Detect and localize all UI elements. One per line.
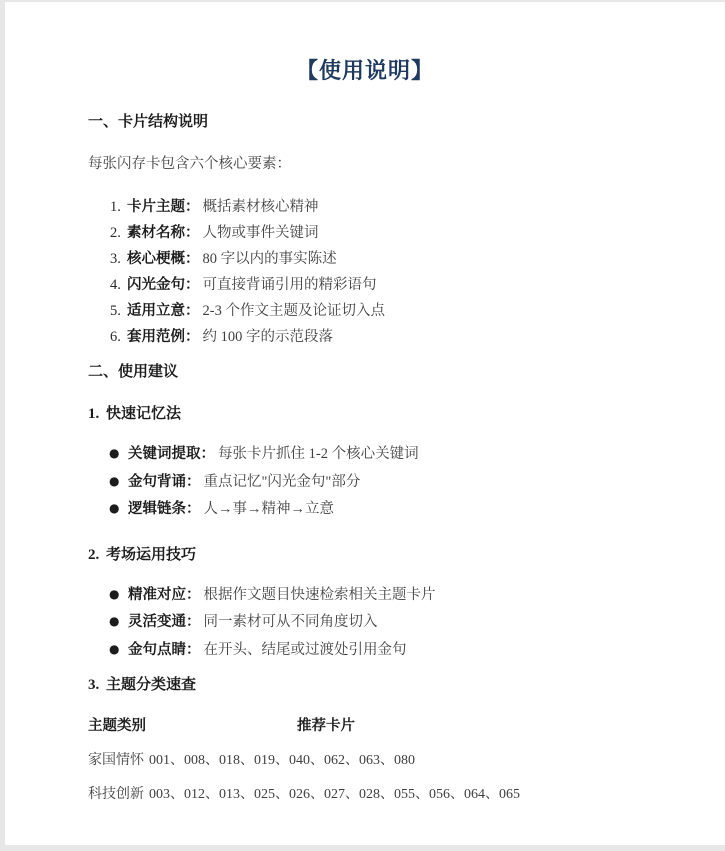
sub-heading-exam-techniques: 2.考场运用技巧 bbox=[88, 545, 685, 565]
list-item-label: 套用范例： bbox=[127, 329, 200, 345]
sub-heading-quick-memory: 1.快速记忆法 bbox=[88, 404, 685, 424]
list-item-label: 卡片主题： bbox=[127, 199, 200, 215]
topic-lookup-table: 主题类别推荐卡片 家国情怀001、008、018、019、040、062、063… bbox=[88, 715, 685, 805]
list-item-number: 6. bbox=[110, 324, 127, 350]
list-item-text: 2-3 个作文主题及论证切入点 bbox=[203, 303, 385, 319]
list-item: 1.卡片主题：概括素材核心精神 bbox=[88, 194, 685, 220]
table-header-category: 主题类别 bbox=[88, 715, 297, 737]
bullet-label: 逻辑链条： bbox=[128, 501, 201, 517]
document-page: 【使用说明】 一、卡片结构说明 每张闪存卡包含六个核心要素： 1.卡片主题：概括… bbox=[5, 2, 725, 845]
list-item-number: 5. bbox=[110, 298, 127, 324]
bullet-text: 人→事→精神→立意 bbox=[204, 501, 335, 517]
list-item-label: 素材名称： bbox=[127, 225, 200, 241]
table-row: 科技创新003、012、013、025、026、027、028、055、056、… bbox=[88, 785, 685, 805]
table-header-cards: 推荐卡片 bbox=[297, 718, 355, 734]
bullet-text: 同一素材可从不同角度切入 bbox=[204, 614, 378, 630]
bullet-item: ●逻辑链条：人→事→精神→立意 bbox=[88, 495, 685, 523]
list-item-text: 概括素材核心精神 bbox=[203, 199, 319, 215]
bullet-icon: ● bbox=[109, 440, 128, 467]
list-item-label: 闪光金句： bbox=[127, 277, 200, 293]
bullet-label: 灵活变通： bbox=[128, 614, 201, 630]
section-heading-card-structure: 一、卡片结构说明 bbox=[88, 112, 685, 132]
bullet-label: 关键词提取： bbox=[128, 446, 215, 462]
table-row: 家国情怀001、008、018、019、040、062、063、080 bbox=[88, 751, 685, 771]
bullet-text: 重点记忆"闪光金句"部分 bbox=[204, 474, 361, 490]
bullet-item: ●灵活变通：同一素材可从不同角度切入 bbox=[88, 608, 685, 636]
list-item-text: 约 100 字的示范段落 bbox=[203, 329, 334, 345]
bullet-item: ●精准对应：根据作文题目快速检索相关主题卡片 bbox=[88, 581, 685, 609]
card-elements-list: 1.卡片主题：概括素材核心精神 2.素材名称：人物或事件关键词 3.核心梗概：8… bbox=[88, 194, 685, 350]
section-1-intro: 每张闪存卡包含六个核心要素： bbox=[88, 154, 685, 174]
bullet-text: 在开头、结尾或过渡处引用金句 bbox=[204, 642, 407, 658]
bullet-item: ●金句点睛：在开头、结尾或过渡处引用金句 bbox=[88, 636, 685, 664]
list-item-text: 人物或事件关键词 bbox=[203, 225, 319, 241]
sub-heading-number: 3. bbox=[88, 675, 106, 695]
list-item-number: 2. bbox=[110, 220, 127, 246]
sub-heading-number: 1. bbox=[88, 404, 106, 424]
row-category: 家国情怀 bbox=[88, 753, 144, 768]
list-item-label: 核心梗概： bbox=[127, 251, 200, 267]
table-header-row: 主题类别推荐卡片 bbox=[88, 715, 685, 737]
sub-heading-title: 主题分类速查 bbox=[106, 677, 196, 693]
bullet-label: 金句点睛： bbox=[128, 642, 201, 658]
list-item: 4.闪光金句：可直接背诵引用的精彩语句 bbox=[88, 272, 685, 298]
list-item-label: 适用立意： bbox=[127, 303, 200, 319]
bullet-label: 精准对应： bbox=[128, 587, 201, 603]
bullet-icon: ● bbox=[109, 468, 128, 495]
sub-heading-title: 快速记忆法 bbox=[106, 406, 181, 422]
bullet-icon: ● bbox=[109, 495, 128, 522]
section-heading-usage-advice: 二、使用建议 bbox=[88, 362, 685, 382]
bullet-icon: ● bbox=[109, 608, 128, 635]
list-item: 5.适用立意：2-3 个作文主题及论证切入点 bbox=[88, 298, 685, 324]
row-category: 科技创新 bbox=[88, 787, 144, 802]
sub-heading-number: 2. bbox=[88, 545, 106, 565]
list-item-number: 1. bbox=[110, 194, 127, 220]
bullet-label: 金句背诵： bbox=[128, 474, 201, 490]
sub-heading-topic-lookup: 3.主题分类速查 bbox=[88, 675, 685, 695]
list-item: 2.素材名称：人物或事件关键词 bbox=[88, 220, 685, 246]
list-item-number: 4. bbox=[110, 272, 127, 298]
bullet-item: ●金句背诵：重点记忆"闪光金句"部分 bbox=[88, 468, 685, 496]
bullet-icon: ● bbox=[109, 581, 128, 608]
bullet-text: 根据作文题目快速检索相关主题卡片 bbox=[204, 587, 436, 603]
sub-heading-title: 考场运用技巧 bbox=[106, 547, 196, 563]
bullet-item: ●关键词提取：每张卡片抓住 1-2 个核心关键词 bbox=[88, 440, 685, 468]
bullet-text: 每张卡片抓住 1-2 个核心关键词 bbox=[218, 446, 419, 462]
list-item-text: 可直接背诵引用的精彩语句 bbox=[203, 277, 377, 293]
page-title: 【使用说明】 bbox=[45, 2, 685, 86]
row-cards: 003、012、013、025、026、027、028、055、056、064、… bbox=[149, 787, 520, 802]
list-item-text: 80 字以内的事实陈述 bbox=[203, 251, 337, 267]
row-cards: 001、008、018、019、040、062、063、080 bbox=[149, 753, 415, 768]
bullet-icon: ● bbox=[109, 636, 128, 663]
list-item: 3.核心梗概：80 字以内的事实陈述 bbox=[88, 246, 685, 272]
exam-techniques-bullet-list: ●精准对应：根据作文题目快速检索相关主题卡片 ●灵活变通：同一素材可从不同角度切… bbox=[88, 581, 685, 664]
list-item: 6.套用范例：约 100 字的示范段落 bbox=[88, 324, 685, 350]
list-item-number: 3. bbox=[110, 246, 127, 272]
quick-memory-bullet-list: ●关键词提取：每张卡片抓住 1-2 个核心关键词 ●金句背诵：重点记忆"闪光金句… bbox=[88, 440, 685, 523]
